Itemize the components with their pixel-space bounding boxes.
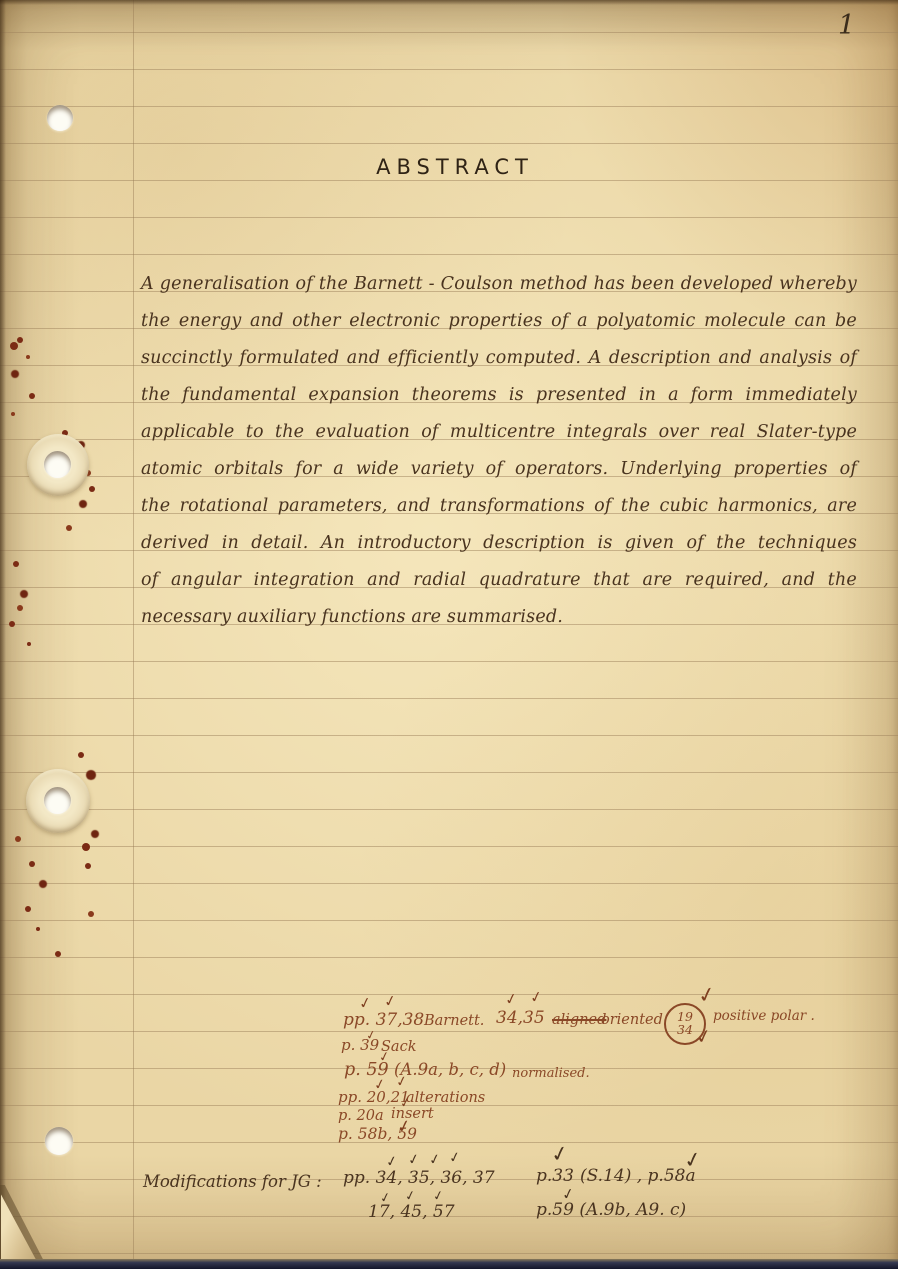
check-icon: ✓ — [379, 1190, 393, 1207]
note-word-struck: aligned — [552, 1012, 606, 1028]
check-icon: ✓ — [560, 1184, 576, 1204]
modifications-label: Modifications for JG : — [143, 1172, 322, 1191]
check-icon: ✓ — [357, 993, 373, 1013]
circled-number-bottom: 34 — [677, 1024, 693, 1037]
punch-hole-3 — [44, 787, 71, 814]
check-icon: ✓ — [427, 1151, 442, 1169]
abstract-line: the energy and other electronic properti… — [141, 308, 857, 338]
check-icon: ✓ — [384, 1153, 399, 1171]
page-edge-top — [0, 0, 898, 5]
check-icon: ✓ — [694, 1025, 714, 1050]
modification-page: p.33 — [536, 1166, 574, 1186]
check-icon: ✓ — [404, 1188, 418, 1205]
note-label: alterations — [406, 1090, 485, 1106]
scan-bottom-edge — [0, 1259, 898, 1269]
scanned-notebook-page: 1 ABSTRACT A generalisation of the Barne… — [0, 0, 898, 1269]
ink-stains — [0, 0, 4, 4]
modification-pages: pp. 34, 35, 36, 37 — [343, 1168, 495, 1188]
note-pages: p. 20a — [338, 1108, 384, 1124]
abstract-line: atomic orbitals for a wide variety of op… — [141, 456, 857, 486]
punch-hole-1 — [47, 105, 73, 131]
abstract-line: succinctly formulated and efficiently co… — [141, 345, 857, 375]
check-icon: ✓ — [406, 1151, 421, 1169]
punch-hole-4 — [45, 1127, 73, 1155]
check-icon: ✓ — [549, 1140, 571, 1167]
page-edge-left — [0, 0, 6, 1269]
check-icon: ✓ — [696, 981, 718, 1008]
modification-detail: (S.14) , p.58a — [580, 1166, 696, 1186]
abstract-line: applicable to the evaluation of multicen… — [141, 419, 857, 449]
check-icon: ✓ — [432, 1188, 446, 1205]
note-label: Barnett. — [424, 1013, 484, 1029]
page-title: ABSTRACT — [285, 155, 625, 179]
margin-line — [133, 0, 134, 1269]
abstract-line: the fundamental expansion theorems is pr… — [141, 382, 857, 412]
note-detail: (A.9a, b, c, d) — [394, 1060, 506, 1079]
abstract-line: the rotational parameters, and transform… — [141, 493, 857, 523]
check-icon: ✓ — [503, 989, 519, 1009]
note-label: normalised. — [512, 1066, 590, 1081]
abstract-line: necessary auxiliary functions are summar… — [141, 604, 857, 634]
check-icon: ✓ — [682, 1146, 704, 1173]
abstract-line: A generalisation of the Barnett - Coulso… — [141, 271, 857, 301]
check-icon: ✓ — [528, 987, 544, 1007]
check-icon: ✓ — [382, 991, 398, 1011]
abstract-line: derived in detail. An introductory descr… — [141, 530, 857, 560]
check-icon: ✓ — [447, 1149, 462, 1167]
note-pages: pp. 37,38 — [343, 1010, 424, 1030]
page-number: 1 — [838, 10, 855, 41]
modification-detail: p.59 (A.9b, A9. c) — [536, 1200, 686, 1220]
note-word: oriented — [601, 1012, 663, 1028]
punch-hole-2 — [44, 451, 71, 478]
note-pages: 34,35 — [496, 1008, 545, 1028]
note-label: positive polar . — [713, 1008, 815, 1024]
abstract-line: of angular integration and radial quadra… — [141, 567, 857, 597]
